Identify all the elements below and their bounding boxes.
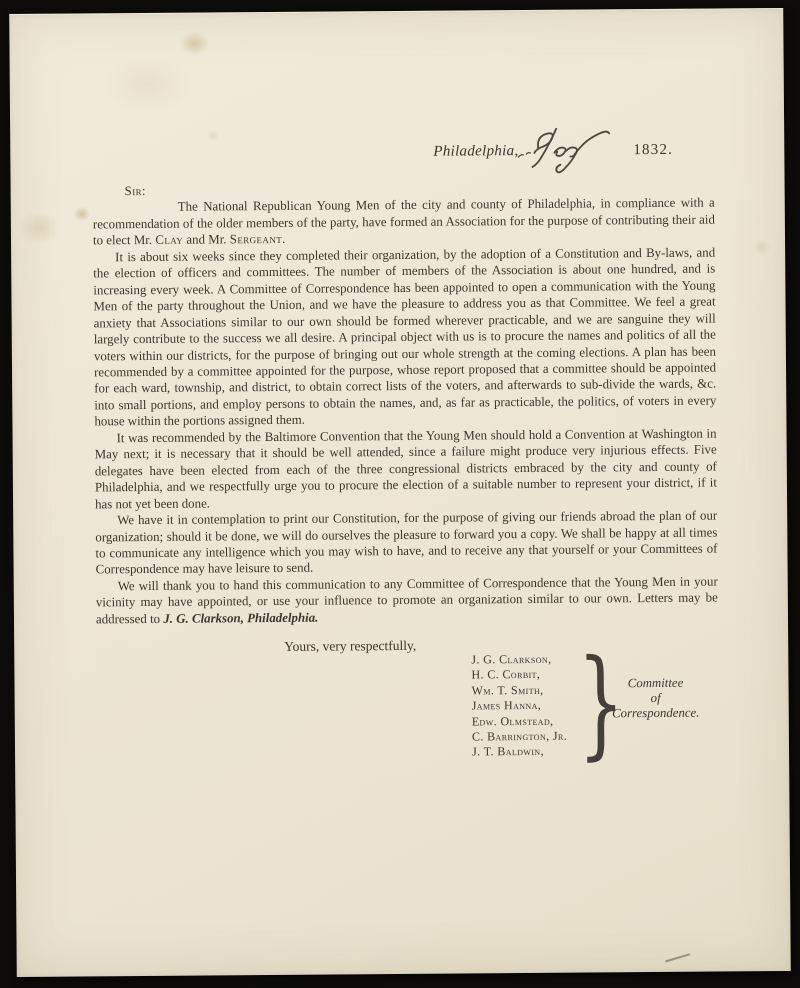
- closing: Yours, very respectfully,: [284, 638, 416, 655]
- scan-background: { "colors": { "background": "#0d0c0a", "…: [0, 0, 800, 988]
- dateline: Philadelphia, 1832.: [92, 130, 714, 181]
- committee-role-line: Committee: [595, 676, 715, 692]
- pencil-mark: [665, 953, 691, 962]
- signature-names: J. G. Clarkson,H. C. Corbit,Wm. T. Smith…: [471, 652, 567, 761]
- dateline-place: Philadelphia,: [433, 143, 518, 161]
- dateline-year: 1832.: [633, 142, 673, 159]
- paper-stain: [179, 31, 209, 55]
- signature-name: H. C. Corbit,: [471, 667, 566, 683]
- handwritten-date: [516, 126, 616, 175]
- signature-name: Wm. T. Smith,: [472, 683, 567, 699]
- letter-content: Philadelphia, 1832. Sir: The National Re…: [91, 10, 713, 15]
- signature-name: J. T. Baldwin,: [472, 744, 567, 760]
- signature-name: James Hanna,: [472, 698, 567, 714]
- letter-paragraph: The National Republican Young Men of the…: [93, 195, 715, 249]
- paper-stain: [73, 206, 91, 221]
- committee-role: CommitteeofCorrespondence.: [595, 676, 715, 723]
- paper-stain: [102, 54, 192, 115]
- committee-role-line: of: [596, 691, 716, 707]
- signature-name: C. Barrington, Jr.: [472, 729, 567, 745]
- signature-name: Edw. Olmstead,: [472, 713, 567, 729]
- letter-paragraph: We have it in contemplation to print our…: [95, 508, 717, 579]
- signature-name: J. G. Clarkson,: [471, 652, 566, 668]
- paper-stain: [753, 239, 771, 255]
- letter-paragraphs: The National Republican Young Men of the…: [93, 195, 718, 628]
- letter-paragraph: It was recommended by the Baltimore Conv…: [95, 425, 718, 512]
- salutation: Sir:: [125, 184, 146, 198]
- letter-body: Sir: The National Republican Young Men o…: [93, 179, 718, 628]
- committee-role-line: Correspondence.: [596, 706, 716, 722]
- letter-page: Philadelphia, 1832. Sir: The National Re…: [9, 8, 791, 977]
- paper-stain: [19, 211, 59, 245]
- letter-paragraph: It is about six weeks since they complet…: [93, 244, 716, 430]
- letter-paragraph: We will thank you to hand this communica…: [96, 573, 718, 627]
- signature-block: J. G. Clarkson,H. C. Corbit,Wm. T. Smith…: [471, 651, 712, 773]
